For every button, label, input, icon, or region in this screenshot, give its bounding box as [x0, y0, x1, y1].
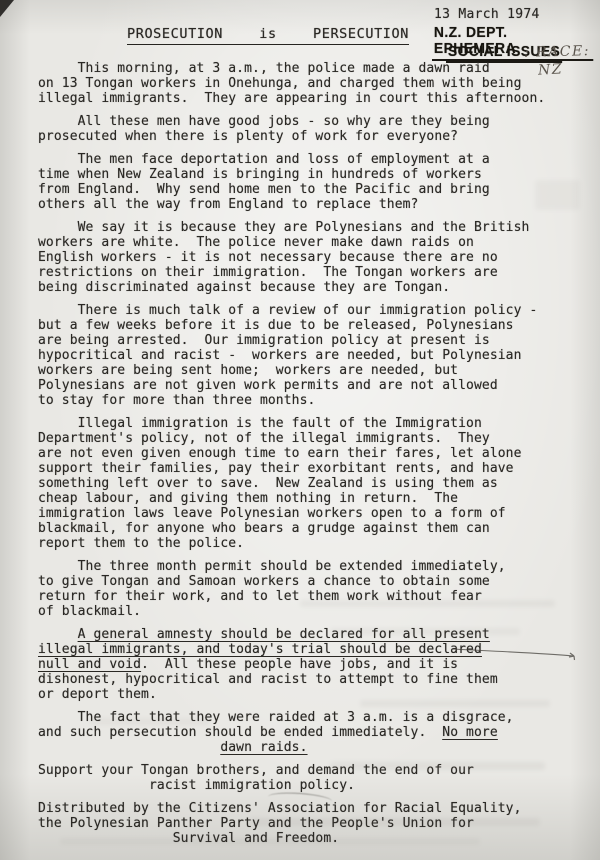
handwritten-race-annotation: : RACE:	[524, 43, 590, 61]
typewritten-line: Illegal immigration is the fault of the …	[38, 416, 578, 431]
typewritten-line: are not even given enough time to earn t…	[38, 446, 578, 461]
typewritten-line: and such persecution should be ended imm…	[38, 725, 578, 740]
typewritten-line: illegal immigrants. They are appearing i…	[38, 91, 578, 106]
paragraph-3: The men face deportation and loss of emp…	[38, 152, 578, 212]
typewritten-line: The men face deportation and loss of emp…	[38, 152, 578, 167]
typewritten-line: support their families, pay their exorbi…	[38, 461, 578, 476]
typewritten-line: the Polynesian Panther Party and the Peo…	[38, 816, 578, 831]
typewritten-line: to stay for more than three months.	[38, 393, 578, 408]
typewritten-line: cheap labour, and giving them nothing in…	[38, 491, 578, 506]
typewritten-line: but a few weeks before it is due to be r…	[38, 318, 578, 333]
paragraph-8: A general amnesty should be declared for…	[38, 627, 578, 702]
typewritten-line: Polynesians are not given work permits a…	[38, 378, 578, 393]
typewritten-line: English workers - it is not necessary be…	[38, 250, 578, 265]
paragraph-4: We say it is because they are Polynesian…	[38, 220, 578, 295]
paragraph-10: Support your Tongan brothers, and demand…	[38, 763, 578, 793]
typewritten-line: restrictions on their immigration. The T…	[38, 265, 578, 280]
typewritten-line: of blackmail.	[38, 604, 578, 619]
typewritten-line: workers are being sent home; workers are…	[38, 363, 578, 378]
paragraph-2: All these men have good jobs - so why ar…	[38, 114, 578, 144]
typewritten-line: others all the way from England to repla…	[38, 197, 578, 212]
typewritten-line: hypocritical and racist - workers are ne…	[38, 348, 578, 363]
typewritten-line: Support your Tongan brothers, and demand…	[38, 763, 578, 778]
typewritten-line: time when New Zealand is bringing in hun…	[38, 167, 578, 182]
typewritten-line: There is much talk of a review of our im…	[38, 303, 578, 318]
typewritten-line: something left over to save. New Zealand…	[38, 476, 578, 491]
typewritten-line: This morning, at 3 a.m., the police made…	[38, 61, 578, 76]
typewritten-line: on 13 Tongan workers in Onehunga, and ch…	[38, 76, 578, 91]
title-word-is: is	[259, 26, 276, 42]
paragraph-11: Distributed by the Citizens' Association…	[38, 801, 578, 846]
title-word-persecution: PERSECUTION	[313, 26, 409, 42]
typewritten-line: dishonest, hypocritical and racist to at…	[38, 672, 578, 687]
typewritten-line: The three month permit should be extende…	[38, 559, 578, 574]
document-body: This morning, at 3 a.m., the police made…	[38, 61, 578, 854]
typewritten-line: blackmail, for anyone who bears a grudge…	[38, 521, 578, 536]
typewritten-line: report them to the police.	[38, 536, 578, 551]
typewritten-line: We say it is because they are Polynesian…	[38, 220, 578, 235]
typewritten-line: A general amnesty should be declared for…	[38, 627, 578, 642]
typewritten-line: from England. Why send home men to the P…	[38, 182, 578, 197]
paragraph-7: The three month permit should be extende…	[38, 559, 578, 619]
typewritten-line: or deport them.	[38, 687, 578, 702]
typewritten-line: racist immigration policy.	[38, 778, 578, 793]
typewritten-line: All these men have good jobs - so why ar…	[38, 114, 578, 129]
typewritten-line: being discriminated against because they…	[38, 280, 578, 295]
typewritten-line: workers are white. The police never make…	[38, 235, 578, 250]
typewritten-line: prosecuted when there is plenty of work …	[38, 129, 578, 144]
typewritten-line: Survival and Freedom.	[38, 831, 578, 846]
document-date: 13 March 1974	[434, 7, 540, 22]
paragraph-1: This morning, at 3 a.m., the police made…	[38, 61, 578, 106]
document-title: PROSECUTION is PERSECUTION	[127, 26, 409, 45]
typewritten-line: immigration laws leave Polynesian worker…	[38, 506, 578, 521]
scan-corner-artifact	[0, 0, 14, 17]
paragraph-6: Illegal immigration is the fault of the …	[38, 416, 578, 551]
scanned-leaflet-page: 13 March 1974 PROSECUTION is PERSECUTION…	[0, 0, 600, 860]
typewritten-line: to give Tongan and Samoan workers a chan…	[38, 574, 578, 589]
pen-arrow-annotation	[450, 645, 585, 663]
typewritten-line: The fact that they were raided at 3 a.m.…	[38, 710, 578, 725]
paragraph-5: There is much talk of a review of our im…	[38, 303, 578, 408]
paragraph-9: The fact that they were raided at 3 a.m.…	[38, 710, 578, 755]
typewritten-line: Department's policy, not of the illegal …	[38, 431, 578, 446]
typewritten-line: return for their work, and to let them w…	[38, 589, 578, 604]
typewritten-line: are being arrested. Our immigration poli…	[38, 333, 578, 348]
typewritten-line: dawn raids.	[38, 740, 578, 755]
title-word-prosecution: PROSECUTION	[127, 26, 223, 42]
